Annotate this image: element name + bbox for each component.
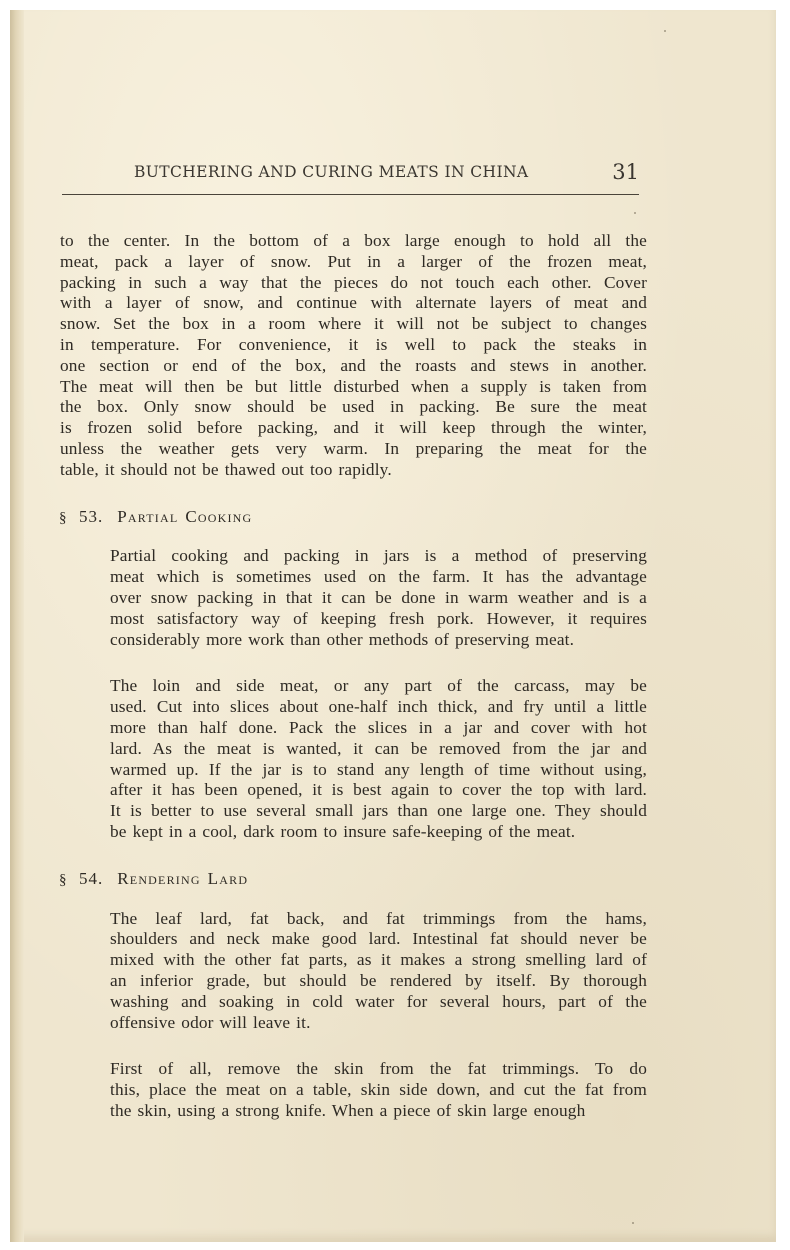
page-body: to the center. In the bottom of a box la…: [60, 231, 647, 1122]
header-rule: [62, 194, 639, 195]
section-heading-53: §53.Partial Cooking: [59, 507, 647, 529]
text-line: meat which is sometimes used on the farm…: [60, 567, 647, 588]
paragraph-snow-packing-continued: to the center. In the bottom of a box la…: [60, 231, 647, 481]
section-sign: §: [59, 870, 79, 891]
text-line: most satisfactory way of keeping fresh p…: [60, 609, 647, 630]
text-line: in temperature. For convenience, it is w…: [60, 335, 647, 356]
paragraph-partial-cooking-method: The loin and side meat, or any part of t…: [60, 676, 647, 842]
text-line: meat, pack a layer of snow. Put in a lar…: [60, 252, 647, 273]
page-number: 31: [612, 160, 639, 184]
text-line: one section or end of the box, and the r…: [60, 356, 647, 377]
text-line: washing and soaking in cold water for se…: [60, 992, 647, 1013]
text-line: the box. Only snow should be used in pac…: [60, 397, 647, 418]
section-title: Rendering Lard: [117, 869, 248, 888]
text-line: with a layer of snow, and continue with …: [60, 293, 647, 314]
section-number: 53.: [79, 507, 103, 526]
text-line: shoulders and neck make good lard. Intes…: [60, 929, 647, 950]
paragraph-rendering-lard-intro: The leaf lard, fat back, and fat trimmin…: [60, 909, 647, 1034]
text-line: The leaf lard, fat back, and fat trimmin…: [60, 909, 647, 930]
text-line: warmed up. If the jar is to stand any le…: [60, 760, 647, 781]
text-line: to the center. In the bottom of a box la…: [60, 231, 647, 252]
section-sign: §: [59, 508, 79, 529]
text-line: is frozen solid before packing, and it w…: [60, 418, 647, 439]
text-line: an inferior grade, but should be rendere…: [60, 971, 647, 992]
text-line: Partial cooking and packing in jars is a…: [60, 546, 647, 567]
paragraph-partial-cooking-intro: Partial cooking and packing in jars is a…: [60, 546, 647, 650]
text-line: unless the weather gets very warm. In pr…: [60, 439, 647, 460]
text-line: It is better to use several small jars t…: [60, 801, 647, 822]
text-line: used. Cut into slices about one-half inc…: [60, 697, 647, 718]
paper-speck: [664, 30, 666, 32]
text-line: lard. As the meat is wanted, it can be r…: [60, 739, 647, 760]
text-line: after it has been opened, it is best aga…: [60, 780, 647, 801]
paper-speck: [634, 212, 636, 214]
text-line: this, place the meat on a table, skin si…: [60, 1080, 647, 1101]
text-line: offensive odor will leave it.: [60, 1013, 647, 1034]
text-line: considerably more work than other method…: [60, 630, 647, 651]
text-line: First of all, remove the skin from the f…: [60, 1059, 647, 1080]
text-line: table, it should not be thawed out too r…: [60, 460, 647, 481]
text-line: the skin, using a strong knife. When a p…: [60, 1101, 647, 1122]
section-number: 54.: [79, 869, 103, 888]
text-line: more than half done. Pack the slices in …: [60, 718, 647, 739]
text-line: mixed with the other fat parts, as it ma…: [60, 950, 647, 971]
text-line: be kept in a cool, dark room to insure s…: [60, 822, 647, 843]
paper-speck: [632, 1222, 634, 1224]
running-head-title: BUTCHERING AND CURING MEATS IN CHINA: [134, 163, 529, 181]
text-line: snow. Set the box in a room where it wil…: [60, 314, 647, 335]
page-gutter: [10, 10, 24, 1242]
text-line: packing in such a way that the pieces do…: [60, 273, 647, 294]
text-line: The meat will then be but little disturb…: [60, 377, 647, 398]
section-heading-54: §54.Rendering Lard: [59, 869, 647, 891]
text-line: over snow packing in that it can be done…: [60, 588, 647, 609]
section-title: Partial Cooking: [117, 507, 252, 526]
text-line: The loin and side meat, or any part of t…: [60, 676, 647, 697]
paragraph-rendering-lard-skin: First of all, remove the skin from the f…: [60, 1059, 647, 1121]
